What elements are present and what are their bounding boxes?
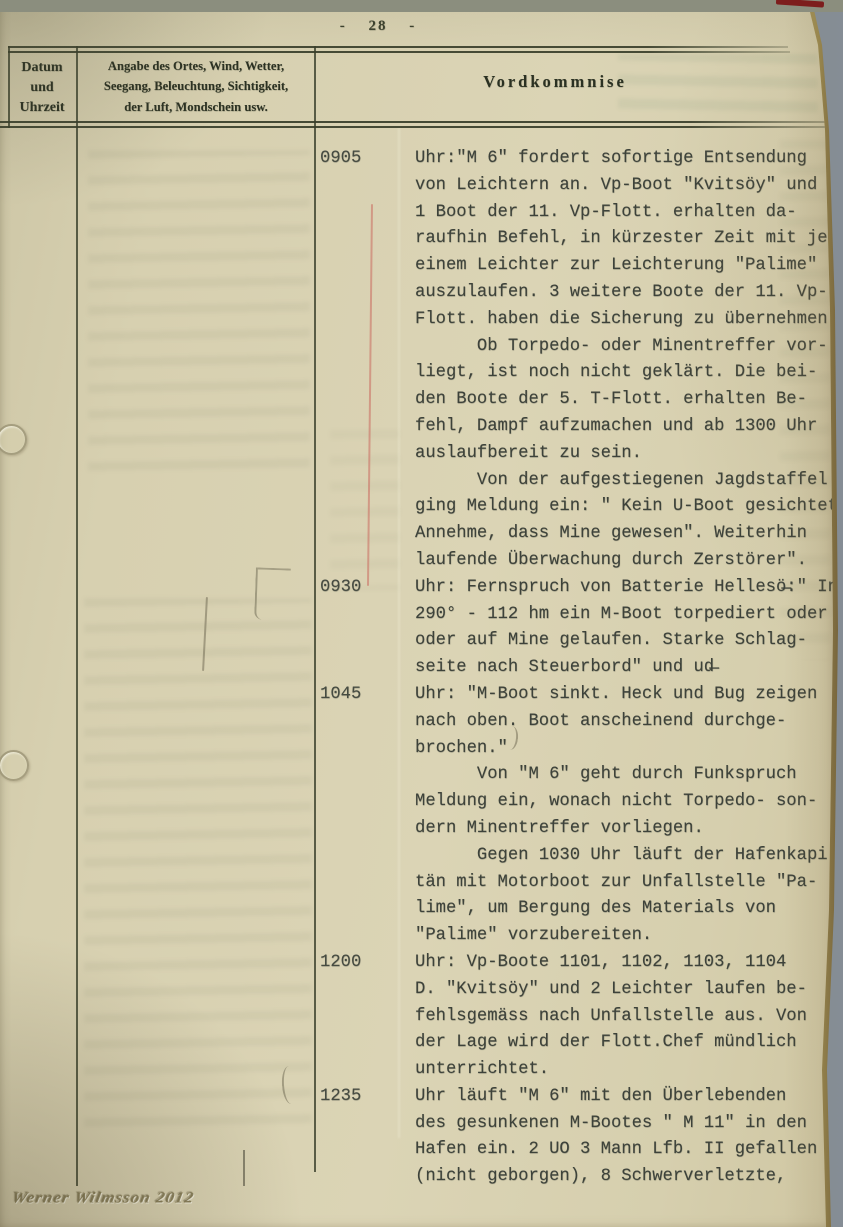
entry-text: Von "M 6" geht durch Funkspruch Meldung … [415,762,838,842]
log-entry-1045: 1045 Uhr: "M-Boot sinkt. Heck und Bug ze… [320,682,838,762]
header-bottom-rule-lower [0,126,843,128]
header-col-vorkommnisse: Vordkommnise [320,72,790,92]
entry-text: Gegen 1030 Uhr läuft der Hafenkapi- tän … [415,843,838,950]
table-top-rule-upper [8,46,788,48]
header-col-datum-line2: und [8,80,76,96]
column-divider-angabe-vorkommnisse [314,46,316,1172]
scan-watermark: Werner Wilmsson 2012 [10,1189,195,1207]
bleed-through-artifact [88,150,310,480]
entry-text: Von der aufgestiegenen Jagdstaffel ging … [415,468,838,575]
entry-time: 1200 [320,950,361,977]
header-col-angabe-line1: Angabe des Ortes, Wind, Wetter, [80,59,312,74]
table-top-rule-lower [8,51,790,53]
pencil-mark [243,1150,245,1186]
entry-text: Uhr: Fernspruch von Batterie Hellesö̶:" … [415,575,838,682]
entry-text: Ob Torpedo- oder Minentreffer vor- liegt… [415,334,838,468]
entry-time: 0905 [320,146,361,173]
header-col-datum-line1: Datum [8,60,76,76]
entry-text: Uhr: Vp-Boote 1101, 1102, 1103, 1104 D. … [415,950,838,1084]
log-entry-1235: 1235 Uhr läuft "M 6" mit den Überlebende… [320,1084,838,1191]
entry-time: 1045 [320,682,361,709]
header-col-datum-line3: Uhrzeit [8,100,76,116]
log-paragraph: Von der aufgestiegenen Jagdstaffel ging … [320,468,838,575]
header-bottom-rule-upper [0,121,843,123]
log-paragraph: Ob Torpedo- oder Minentreffer vor- liegt… [320,334,838,468]
column-divider-datum-angabe [76,46,78,1186]
entry-time: 1235 [320,1084,361,1111]
log-entries: 0905 Uhr:"M 6" fordert sofortige Entsend… [320,146,838,1191]
scanned-war-diary-page: { "page_number": "- 28 -", "watermark": … [0,0,843,1227]
document-page: - 28 - Datum und Uhrzeit Angabe des Orte… [0,0,843,1227]
entry-text: Uhr läuft "M 6" mit den Überlebenden des… [415,1084,838,1191]
log-paragraph: Gegen 1030 Uhr läuft der Hafenkapi- tän … [320,843,838,950]
pencil-mark [254,567,291,620]
log-entry-0905: 0905 Uhr:"M 6" fordert sofortige Entsend… [320,146,838,334]
entry-text: Uhr: "M-Boot sinkt. Heck und Bug zeigen … [415,682,838,762]
entry-text: Uhr:"M 6" fordert sofortige Entsendung v… [415,146,838,334]
entry-time: 0930 [320,575,361,602]
page-number: - 28 - [278,18,478,35]
bleed-through-artifact [84,598,312,1138]
log-entry-0930: 0930 Uhr: Fernspruch von Batterie Helles… [320,575,838,682]
hole-punch [0,424,27,455]
hole-punch [0,750,29,781]
log-entry-1200: 1200 Uhr: Vp-Boote 1101, 1102, 1103, 110… [320,950,838,1084]
scan-table-edge [0,0,843,12]
header-col-angabe-line2: Seegang, Beleuchtung, Sichtigkeit, [80,79,312,94]
log-paragraph: Von "M 6" geht durch Funkspruch Meldung … [320,762,838,842]
header-col-angabe-line3: der Luft, Mondschein usw. [80,100,312,115]
